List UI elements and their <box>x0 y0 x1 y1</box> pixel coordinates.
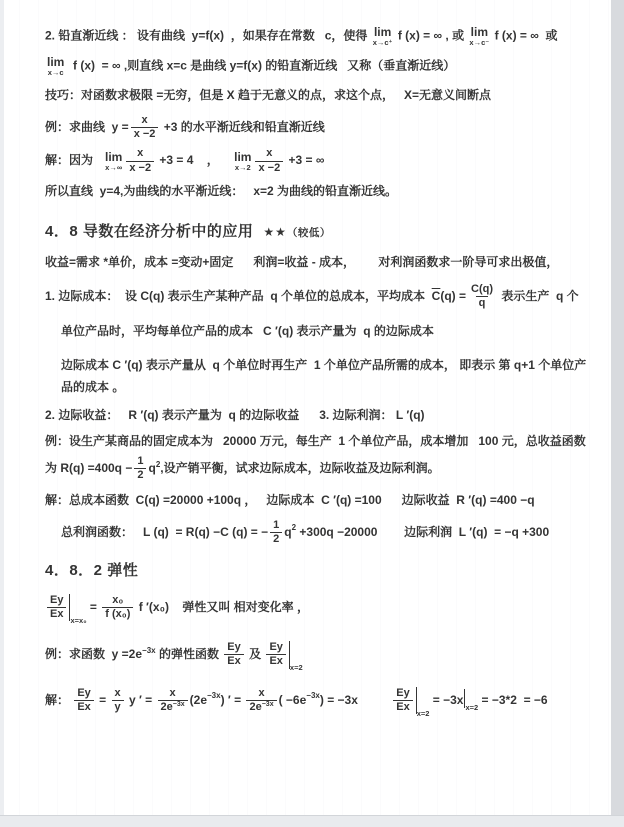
text-run: = −3x <box>429 692 463 706</box>
superscript: −3x <box>207 691 221 700</box>
evaluation-subscript: x=x₀ <box>70 617 86 625</box>
para-elasticity-solution: 解： EyEx = xy y ′ = x2e−3x(2e−3x) ′ = x2e… <box>45 687 591 714</box>
lim-word: lim <box>105 151 122 163</box>
para-elasticity-example: 例：求函数 y =2e−3x 的弹性函数 EyEx 及 EyExx=2 <box>45 641 591 668</box>
text-run: ( −6e <box>279 692 307 706</box>
text-run: ) ′ = <box>221 692 245 706</box>
text-run: f (x) = ∞ ,则直线 x=c 是曲线 y=f(x) 的铅直渐近线 又称（… <box>66 59 455 73</box>
fraction: C(q)q <box>468 283 496 310</box>
text-run: (q) = <box>440 289 466 303</box>
page-left-edge <box>0 0 4 827</box>
para-marginal-cost-cont-1: 单位产品时，平均每单位产品的成本 C ′(q) 表示产量为 q 的边际成本 <box>45 322 591 340</box>
lim-word: lim <box>47 56 64 68</box>
para-econ-example-2: 为 R(q) =400q −12q2,设产销平衡，试求边际成本，边际收益及边际利… <box>45 455 591 482</box>
fraction-numerator: x <box>112 687 124 700</box>
difficulty-note: （较低） <box>287 227 331 239</box>
lim-word: lim <box>471 26 488 38</box>
fraction-numerator: Ey <box>74 687 93 700</box>
superscript: −3x <box>142 646 156 655</box>
text-run: 解：总成本函数 C(q) =20000 +100q ， 边际成本 C ′(q) … <box>45 493 535 507</box>
lim-subscript: x→c⁺ <box>373 38 393 47</box>
text-run: = −3*2 = −6 <box>478 692 547 706</box>
fraction-denominator: x −2 <box>255 161 283 175</box>
para-asymptote-example: 例：求曲线 y =xx −2 +3 的水平渐近线和铅直渐近线 <box>45 114 591 141</box>
text-run: q <box>284 524 291 538</box>
para-econ-example-1: 例：设生产某商品的固定成本为 20000 万元，每生产 1 个单位产品，成本增加… <box>45 432 591 450</box>
text-run: f ′(x₀) 弹性又叫 相对变化率 ， <box>135 600 309 614</box>
page-right-edge <box>611 0 624 827</box>
fraction-numerator: 1 <box>270 519 282 532</box>
para-vertical-asymptote-def-2: limx→c f (x) = ∞ ,则直线 x=c 是曲线 y=f(x) 的铅直… <box>45 56 591 77</box>
section-heading-econ-application: 4．8 导数在经济分析中的应用★★（较低） <box>45 220 591 241</box>
fraction-denominator: x −2 <box>126 161 154 175</box>
fraction-numerator: 1 <box>134 455 146 468</box>
text-run: q <box>148 461 155 475</box>
text-run: +3 = 4 <box>156 153 193 167</box>
evaluation-subscript: x=2 <box>417 710 430 718</box>
fraction-numerator: x <box>167 687 179 700</box>
fraction-denominator: 2 <box>134 468 146 482</box>
text-run: 技巧：对函数求极限 =无穷，但是 X 趋于无意义的点，求这个点， X=无意义间断… <box>45 88 491 102</box>
fraction: 12 <box>270 519 282 546</box>
fraction: x₀f (x₀) <box>102 594 133 621</box>
para-technique-tip: 技巧：对函数求极限 =无穷，但是 X 趋于无意义的点，求这个点， X=无意义间断… <box>45 86 591 104</box>
fraction: EyEx <box>266 641 285 668</box>
fraction-denominator: x −2 <box>131 127 159 141</box>
text-run: 1. 边际成本： 设 C(q) 表示生产某种产品 q 个单位的总成本，平均成本 <box>45 289 432 303</box>
lim-word: lim <box>374 26 391 38</box>
fraction-denominator: q <box>476 296 489 310</box>
text-run: 例：求曲线 y = <box>45 120 129 134</box>
text-run: = <box>87 600 101 614</box>
para-elasticity-formula: EyExx=x₀ = x₀f (x₀) f ′(x₀) 弹性又叫 相对变化率 ， <box>45 594 591 621</box>
document-page: 2. 铅直渐近线 ： 设有曲线 y=f(x) ，如果存在常数 c，使得 limx… <box>0 0 624 827</box>
evaluated-expression: EyExx=x₀ <box>45 594 87 621</box>
den-superscript: −3x <box>262 701 274 708</box>
text-run: +3 = ∞ <box>285 153 324 167</box>
evaluated-expression: EyExx=2 <box>391 687 429 714</box>
superscript: −3x <box>306 691 320 700</box>
text-run: (2e <box>190 692 207 706</box>
section-heading-elasticity: 4．8．2 弹性 <box>45 559 591 580</box>
superscript: 2 <box>156 460 160 469</box>
fraction: x2e−3x <box>158 687 188 714</box>
fraction-denominator: Ex <box>224 654 243 668</box>
para-asymptote-conclusion: 所以直线 y=4,为曲线的水平渐近线： x=2 为曲线的铅直渐近线。 <box>45 182 591 200</box>
fraction: EyEx <box>74 687 93 714</box>
fraction-numerator: Ey <box>47 594 66 607</box>
heading-text: 4．8 导数在经济分析中的应用 <box>45 223 253 240</box>
text-run: 单位产品时，平均每单位产品的成本 C ′(q) 表示产量为 q 的边际成本 <box>61 324 434 338</box>
text-run: ) = −3x <box>320 692 358 706</box>
fraction: xx −2 <box>131 114 159 141</box>
fraction: xy <box>112 687 124 714</box>
para-marginal-cost-cont-2: 边际成本 C ′(q) 表示产量从 q 个单位时再生产 1 个单位产品所需的成本… <box>45 356 591 374</box>
fraction-numerator: Ey <box>224 641 243 654</box>
text-run: 解：因为 <box>45 153 103 167</box>
fraction-numerator: x <box>134 147 146 160</box>
fraction: EyEx <box>224 641 243 668</box>
page-content: 2. 铅直渐近线 ： 设有曲线 y=f(x) ，如果存在常数 c，使得 limx… <box>4 0 611 816</box>
para-marginal-revenue-profit: 2. 边际收益： R ′(q) 表示产量为 q 的边际收益 3. 边际利润： L… <box>45 406 591 424</box>
evaluated-expression: EyExx=2 <box>264 641 302 668</box>
limit-expression: limx→c⁻ <box>469 26 489 47</box>
lim-word: lim <box>234 151 251 163</box>
page-bottom-edge <box>0 815 624 827</box>
den-base: 2e <box>249 701 261 713</box>
text-run: 及 <box>246 647 265 661</box>
den-superscript: −3x <box>173 701 185 708</box>
star-rating: ★★ <box>263 225 287 239</box>
fraction-numerator: Ey <box>393 687 412 700</box>
text-run: 总利润函数： L (q) = R(q) −C (q) = − <box>61 524 268 538</box>
text-run: 品的成本 。 <box>61 380 124 394</box>
limit-expression: limx→2 <box>234 151 251 172</box>
fraction-denominator: 2 <box>270 532 282 546</box>
para-marginal-cost-def: 1. 边际成本： 设 C(q) 表示生产某种产品 q 个单位的总成本，平均成本 … <box>45 283 591 310</box>
evaluation-subscript: x=2 <box>465 702 478 711</box>
text-run <box>377 524 404 538</box>
fraction-denominator: 2e−3x <box>158 700 188 714</box>
text-run: 解： <box>45 692 72 706</box>
text-run: 表示生产 q 个 <box>498 289 579 303</box>
para-marginal-cost-cont-3: 品的成本 。 <box>45 378 591 396</box>
limit-expression: limx→c⁺ <box>373 26 393 47</box>
den-base: 2e <box>161 701 173 713</box>
text-run: f (x) = ∞ 或 <box>491 29 557 43</box>
fraction-numerator: x <box>263 147 275 160</box>
lim-subscript: x→c <box>48 68 64 77</box>
text-run: ,设产销平衡，试求边际成本，边际收益及边际利润。 <box>160 461 439 475</box>
text-run: 边际成本 C ′(q) 表示产量从 q 个单位时再生产 1 个单位产品所需的成本… <box>61 358 586 372</box>
limit-expression: limx→c <box>47 56 64 77</box>
fraction-denominator: Ex <box>266 654 285 668</box>
fraction: EyEx <box>393 687 412 714</box>
para-vertical-asymptote-def-1: 2. 铅直渐近线 ： 设有曲线 y=f(x) ，如果存在常数 c，使得 limx… <box>45 26 591 47</box>
fraction: xx −2 <box>126 147 154 174</box>
fraction: x2e−3x <box>246 687 276 714</box>
text-run: ， <box>193 153 232 167</box>
text-run: 为 R(q) =400q − <box>45 461 132 475</box>
fraction-denominator: f (x₀) <box>102 607 133 621</box>
fraction-denominator: y <box>112 700 124 714</box>
fraction-numerator: x <box>138 114 150 127</box>
fraction: EyEx <box>47 594 66 621</box>
para-econ-solution-1: 解：总成本函数 C(q) =20000 +100q ， 边际成本 C ′(q) … <box>45 491 591 509</box>
text-run: y ′ = <box>126 692 156 706</box>
text-run: 2. 铅直渐近线 ： 设有曲线 y=f(x) ，如果存在常数 c，使得 <box>45 29 371 43</box>
lim-subscript: x→2 <box>235 163 251 172</box>
text-run: 例：求函数 y =2e <box>45 647 142 661</box>
fraction-denominator: 2e−3x <box>246 700 276 714</box>
fraction-numerator: C(q) <box>468 283 496 296</box>
text-run: = <box>96 692 110 706</box>
para-econ-intro: 收益=需求 *单价，成本 =变动+固定 利润=收益 - 成本， 对利润函数求一阶… <box>45 253 591 271</box>
text-run: 边际利润 L ′(q) = −q +300 <box>404 524 549 538</box>
text-run <box>358 692 391 706</box>
text-run: f (x) = ∞ , 或 <box>395 29 468 43</box>
text-run: 2. 边际收益： R ′(q) 表示产量为 q 的边际收益 3. 边际利润： L… <box>45 408 425 422</box>
evaluation-subscript: x=2 <box>290 664 303 672</box>
text-run: 例：设生产某商品的固定成本为 20000 万元，每生产 1 个单位产品，成本增加… <box>45 434 586 448</box>
fraction-numerator: x₀ <box>109 594 126 607</box>
para-econ-solution-2: 总利润函数： L (q) = R(q) −C (q) = −12q2 +300q… <box>45 519 591 546</box>
text-run: 收益=需求 *单价，成本 =变动+固定 利润=收益 - 成本， 对利润函数求一阶… <box>45 255 558 269</box>
fraction-denominator: Ex <box>393 700 412 714</box>
text-run: 的弹性函数 <box>156 647 223 661</box>
fraction-numerator: Ey <box>266 641 285 654</box>
text-run: +300q −20000 <box>296 524 377 538</box>
heading-text: 4．8．2 弹性 <box>45 562 138 579</box>
limit-expression: limx→∞ <box>105 151 122 172</box>
lim-subscript: x→c⁻ <box>469 38 489 47</box>
fraction-denominator: Ex <box>47 607 66 621</box>
text-run: 所以直线 y=4,为曲线的水平渐近线： x=2 为曲线的铅直渐近线。 <box>45 184 397 198</box>
fraction: xx −2 <box>255 147 283 174</box>
text-run: +3 的水平渐近线和铅直渐近线 <box>160 120 324 134</box>
fraction-denominator: Ex <box>74 700 93 714</box>
para-asymptote-solution: 解：因为 limx→∞xx −2 +3 = 4 ， limx→2xx −2 +3… <box>45 147 591 174</box>
fraction-numerator: x <box>255 687 267 700</box>
fraction: 12 <box>134 455 146 482</box>
superscript: 2 <box>292 523 296 532</box>
lim-subscript: x→∞ <box>105 163 122 172</box>
